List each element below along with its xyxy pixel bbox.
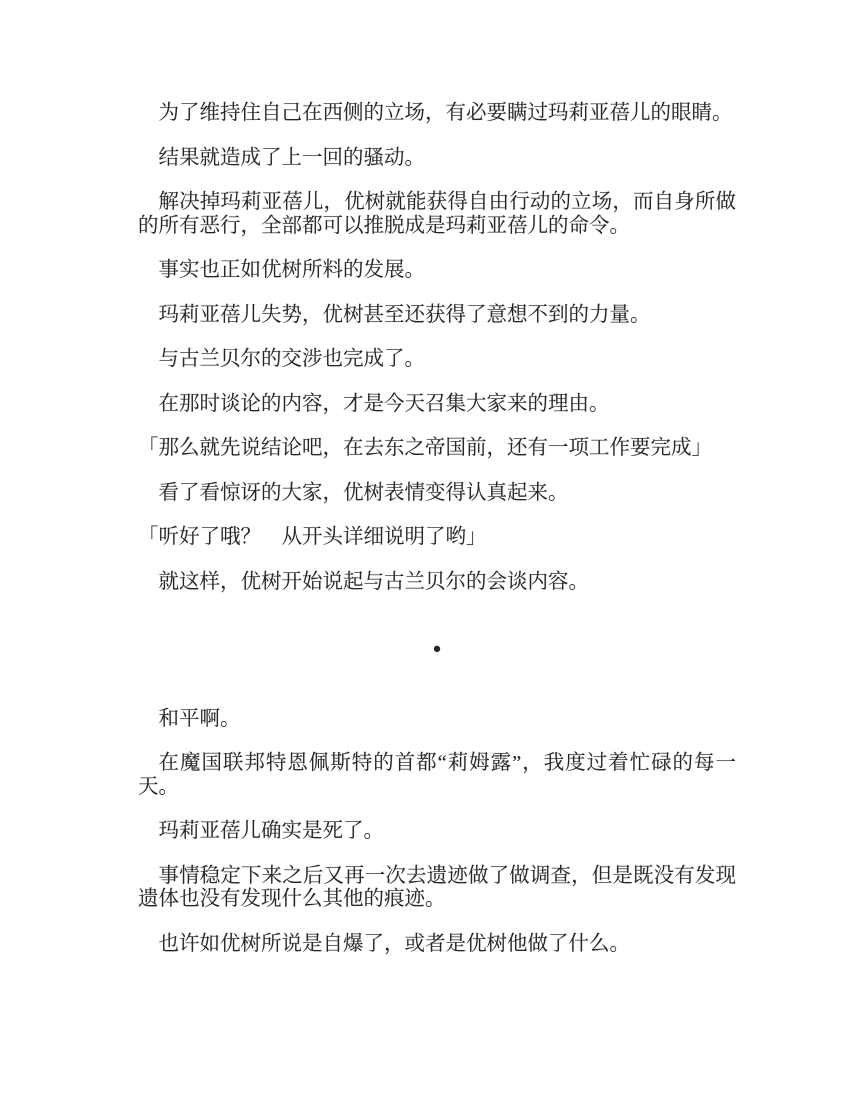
narration-paragraph: 玛莉亚蓓儿确实是死了。 bbox=[138, 820, 736, 844]
section-separator-bullet: ● bbox=[138, 638, 736, 662]
narration-paragraph: 事情稳定下来之后又再一次去遗迹做了做调查，但是既没有发现遗体也没有发现什么其他的… bbox=[138, 865, 736, 912]
novel-page: 为了维持住自己在西侧的立场，有必要瞒过玛莉亚蓓儿的眼睛。结果就造成了上一回的骚动… bbox=[0, 0, 850, 1100]
narration-paragraph: 在那时谈论的内容，才是今天召集大家来的理由。 bbox=[138, 393, 736, 417]
narration-paragraph: 也许如优树所说是自爆了，或者是优树他做了什么。 bbox=[138, 933, 736, 957]
narration-paragraph: 解决掉玛莉亚蓓儿，优树就能获得自由行动的立场，而自身所做的所有恶行，全部都可以推… bbox=[138, 191, 736, 238]
narration-paragraph: 看了看惊讶的大家，优树表情变得认真起来。 bbox=[138, 482, 736, 506]
narration-paragraph: 玛莉亚蓓儿失势，优树甚至还获得了意想不到的力量。 bbox=[138, 304, 736, 328]
narration-paragraph: 和平啊。 bbox=[138, 708, 736, 732]
narration-paragraph: 事实也正如优树所料的发展。 bbox=[138, 259, 736, 283]
dialogue-line: 「听好了哦？ 从开头详细说明了哟」 bbox=[138, 526, 736, 550]
narration-paragraph: 与古兰贝尔的交涉也完成了。 bbox=[138, 348, 736, 372]
narration-paragraph: 结果就造成了上一回的骚动。 bbox=[138, 147, 736, 171]
narration-paragraph: 在魔国联邦特恩佩斯特的首都“莉姆露”，我度过着忙碌的每一天。 bbox=[138, 752, 736, 799]
narration-paragraph: 就这样，优树开始说起与古兰贝尔的会谈内容。 bbox=[138, 571, 736, 595]
narration-paragraph: 为了维持住自己在西侧的立场，有必要瞒过玛莉亚蓓儿的眼睛。 bbox=[138, 102, 736, 126]
dialogue-line: 「那么就先说结论吧，在去东之帝国前，还有一项工作要完成」 bbox=[138, 437, 736, 461]
